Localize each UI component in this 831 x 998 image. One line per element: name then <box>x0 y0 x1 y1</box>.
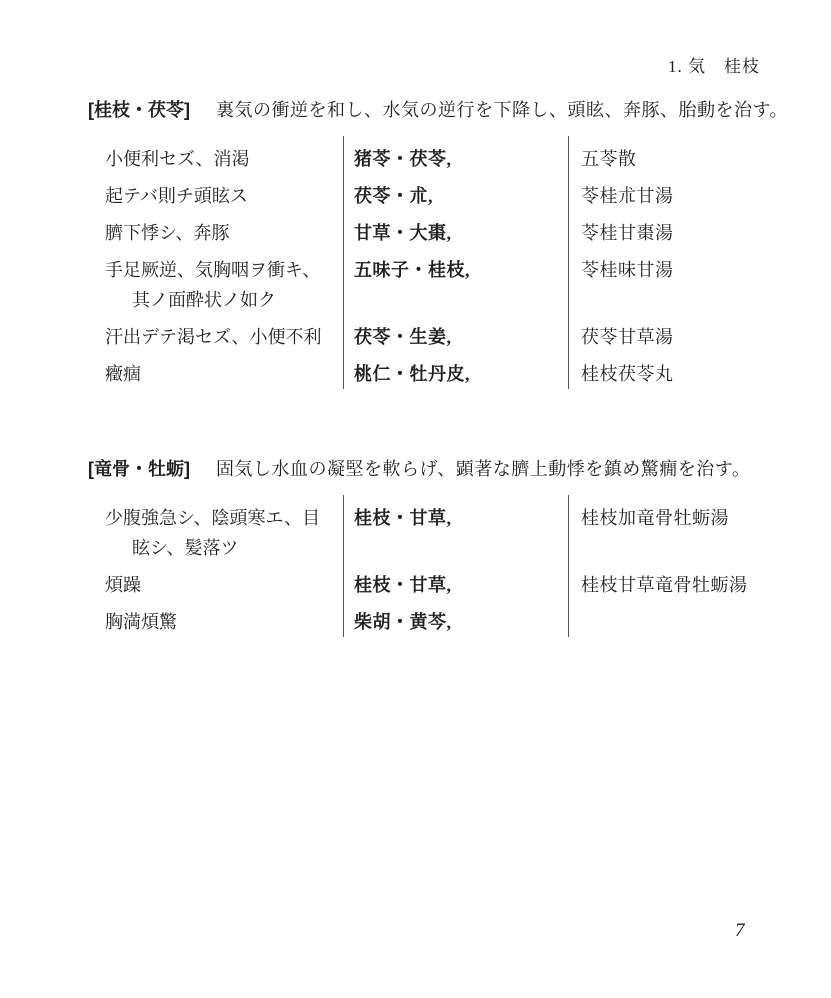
herb-pair: 桃仁・牡丹皮, <box>343 359 568 389</box>
symptom-text: 少腹強急シ、陰頭寒エ、目 <box>105 503 335 533</box>
column-divider-line <box>343 495 344 637</box>
section-2-description: 固気し水血の凝堅を軟らげ、顕著な臍上動悸を鎮め驚癇を治す。 <box>216 459 750 479</box>
symptom-cell: 臍下悸シ、奔豚 <box>105 218 343 248</box>
table-row: 癥痼 桃仁・牡丹皮, 桂枝茯苓丸 <box>105 359 761 389</box>
column-divider-line <box>343 136 344 389</box>
column-divider-line <box>568 136 569 389</box>
symptom-cell: 手足厥逆、気胸咽ヲ衝キ、 其ノ面酔状ノ如ク <box>105 255 343 315</box>
symptom-cell: 少腹強急シ、陰頭寒エ、目 眩シ、髪落ツ <box>105 503 343 563</box>
formula-name: 桂枝茯苓丸 <box>568 359 761 389</box>
section-1-heading: [桂枝・茯苓]裏気の衝逆を和し、水気の逆行を下降し、頭眩、奔豚、胎動を治す。 <box>88 97 788 125</box>
herb-pair: 茯苓・生姜, <box>343 322 568 352</box>
table-row: 煩躁 桂枝・甘草, 桂枝甘草竜骨牡蛎湯 <box>105 570 761 600</box>
symptom-text: 汗出デテ渇セズ、小便不利 <box>105 322 335 352</box>
section-1-table: 小便利セズ、消渇 猪苓・茯苓, 五苓散 起テバ則チ頭眩ス 茯苓・朮, 苓桂朮甘湯… <box>105 136 761 389</box>
running-header: 1. 気 桂枝 <box>668 52 760 77</box>
symptom-cell: 煩躁 <box>105 570 343 600</box>
table-row: 胸満煩驚 柴胡・黄芩, <box>105 607 761 637</box>
section-2-table: 少腹強急シ、陰頭寒エ、目 眩シ、髪落ツ 桂枝・甘草, 桂枝加竜骨牡蛎湯 煩躁 桂… <box>105 495 761 637</box>
symptom-text: 手足厥逆、気胸咽ヲ衝キ、 <box>105 255 335 285</box>
symptom-cell: 汗出デテ渇セズ、小便不利 <box>105 322 343 352</box>
herb-pair: 桂枝・甘草, <box>343 503 568 533</box>
formula-name: 苓桂甘棗湯 <box>568 218 761 248</box>
formula-name: 苓桂朮甘湯 <box>568 181 761 211</box>
table-row: 小便利セズ、消渇 猪苓・茯苓, 五苓散 <box>105 144 761 174</box>
symptom-text: 煩躁 <box>105 570 335 600</box>
herb-pair: 五味子・桂枝, <box>343 255 568 285</box>
formula-name <box>568 607 761 637</box>
symptom-text-continued: 眩シ、髪落ツ <box>105 533 335 563</box>
symptom-cell: 胸満煩驚 <box>105 607 343 637</box>
symptom-text: 小便利セズ、消渇 <box>105 144 335 174</box>
herb-pair: 柴胡・黄芩, <box>343 607 568 637</box>
formula-name: 五苓散 <box>568 144 761 174</box>
table-row: 手足厥逆、気胸咽ヲ衝キ、 其ノ面酔状ノ如ク 五味子・桂枝, 苓桂味甘湯 <box>105 255 761 315</box>
symptom-text: 起テバ則チ頭眩ス <box>105 181 335 211</box>
symptom-text-continued: 其ノ面酔状ノ如ク <box>105 285 335 315</box>
section-1-title: [桂枝・茯苓] <box>88 100 190 120</box>
symptom-text: 癥痼 <box>105 359 335 389</box>
symptom-text: 臍下悸シ、奔豚 <box>105 218 335 248</box>
document-page: 1. 気 桂枝 [桂枝・茯苓]裏気の衝逆を和し、水気の逆行を下降し、頭眩、奔豚、… <box>0 0 831 998</box>
symptom-cell: 小便利セズ、消渇 <box>105 144 343 174</box>
table-row: 起テバ則チ頭眩ス 茯苓・朮, 苓桂朮甘湯 <box>105 181 761 211</box>
symptom-text: 胸満煩驚 <box>105 607 335 637</box>
symptom-cell: 癥痼 <box>105 359 343 389</box>
section-1-description: 裏気の衝逆を和し、水気の逆行を下降し、頭眩、奔豚、胎動を治す。 <box>216 100 788 120</box>
herb-pair: 茯苓・朮, <box>343 181 568 211</box>
herb-pair: 猪苓・茯苓, <box>343 144 568 174</box>
formula-name: 茯苓甘草湯 <box>568 322 761 352</box>
herb-pair: 桂枝・甘草, <box>343 570 568 600</box>
page-number: 7 <box>735 920 745 942</box>
formula-name: 苓桂味甘湯 <box>568 255 761 285</box>
column-divider-line <box>568 495 569 637</box>
section-2-title: [竜骨・牡蛎] <box>88 459 190 479</box>
table-row: 少腹強急シ、陰頭寒エ、目 眩シ、髪落ツ 桂枝・甘草, 桂枝加竜骨牡蛎湯 <box>105 503 761 563</box>
table-row: 臍下悸シ、奔豚 甘草・大棗, 苓桂甘棗湯 <box>105 218 761 248</box>
formula-name: 桂枝甘草竜骨牡蛎湯 <box>568 570 761 600</box>
table-row: 汗出デテ渇セズ、小便不利 茯苓・生姜, 茯苓甘草湯 <box>105 322 761 352</box>
herb-pair: 甘草・大棗, <box>343 218 568 248</box>
formula-name: 桂枝加竜骨牡蛎湯 <box>568 503 761 533</box>
section-2-heading: [竜骨・牡蛎]固気し水血の凝堅を軟らげ、顕著な臍上動悸を鎮め驚癇を治す。 <box>88 456 788 484</box>
symptom-cell: 起テバ則チ頭眩ス <box>105 181 343 211</box>
